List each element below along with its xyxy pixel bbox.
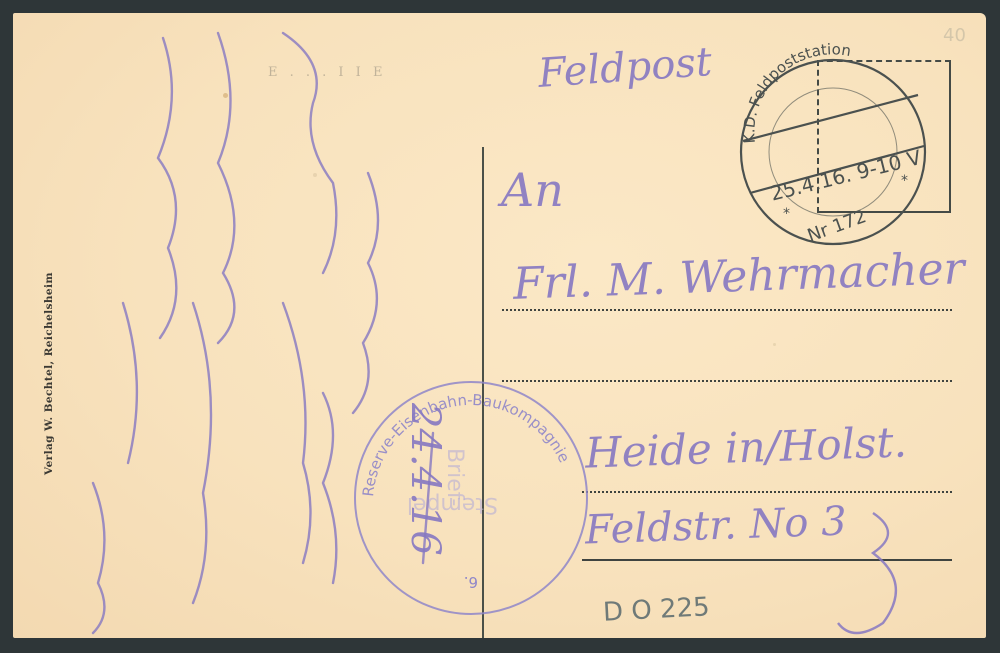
postcard-back: Verlag W. Bechtel, Reichelsheim E . . . … (13, 13, 986, 638)
postmark-star-icon: * (901, 173, 908, 189)
address-street: Feldstr. No 3 (584, 498, 847, 553)
postmark-star-icon: * (783, 206, 790, 222)
cachet-handwritten-date: 24.4.16 (402, 403, 448, 556)
catalog-note: D O 225 (602, 592, 710, 628)
address-salutation: An (501, 163, 564, 217)
postmark-top-text: K.D. Feldpoststation (740, 40, 852, 144)
cachet-number: 6. (464, 573, 478, 591)
svg-text:K.D. Feldpoststation: K.D. Feldpoststation (740, 40, 852, 144)
